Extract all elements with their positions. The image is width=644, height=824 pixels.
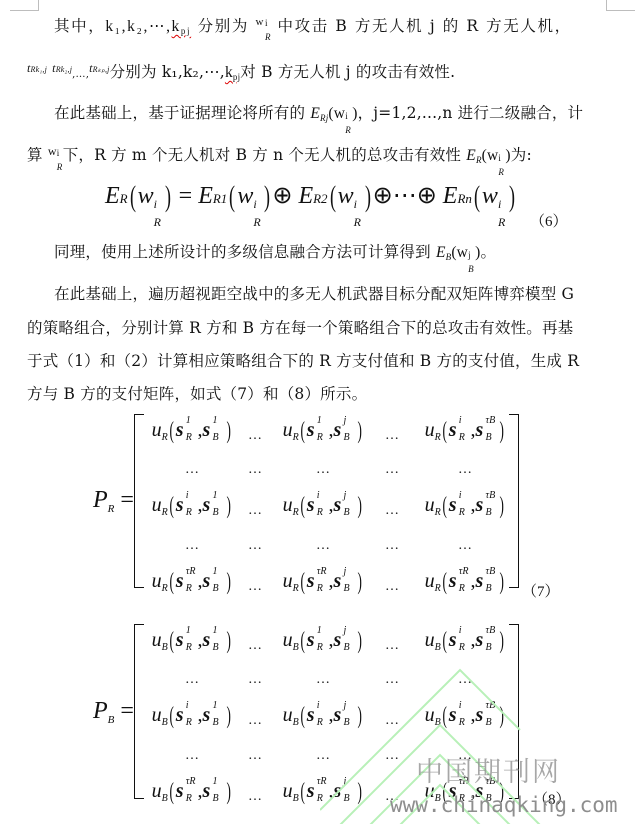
ellipsis: … bbox=[248, 579, 262, 595]
ellipsis: … bbox=[385, 538, 399, 554]
ellipsis: … bbox=[385, 503, 399, 519]
w-arg: (wiR) bbox=[328, 105, 357, 122]
matrix-cell: uB(siR,s1B) bbox=[152, 703, 233, 730]
matrix-7-lhs: PR = bbox=[93, 487, 134, 515]
text: 。 bbox=[480, 243, 496, 261]
w-arg: (wiR) bbox=[482, 147, 511, 164]
E-R-symbol: ER bbox=[466, 147, 481, 164]
left-bracket bbox=[134, 624, 144, 799]
equation-number-7: （7） bbox=[522, 580, 560, 601]
watermark-text: 中国期刊网 bbox=[416, 750, 561, 789]
equation-6: ER(wiR) = ER1(wiR)⊕ ER2(wiR)⊕⋯⊕ ERn(wiR) bbox=[105, 180, 517, 214]
ellipsis: … bbox=[248, 713, 262, 729]
matrix-cell: uB(sτRR,s1B) bbox=[152, 779, 233, 806]
ellipsis: … bbox=[248, 428, 262, 444]
ellipsis: … bbox=[385, 428, 399, 444]
left-bracket bbox=[134, 414, 144, 588]
matrix-cell: uR(siR,s1B) bbox=[152, 493, 233, 520]
paragraph-2-line-1: 在此基础上，基于证据理论将所有的 ERj(wiR)，j=1,2,...,n 进行… bbox=[54, 101, 583, 123]
paragraph-4-line-1: 在此基础上，遍历超视距空战中的多无人机武器目标分配双矩阵博弈模型 G bbox=[54, 282, 574, 304]
page-corner-mark-right bbox=[606, 0, 635, 11]
matrix-cell: uR(s1R,sjB) bbox=[283, 418, 364, 445]
page-corner-mark-left bbox=[10, 0, 39, 11]
equation-number-6: （6） bbox=[530, 210, 568, 231]
text: 同理，使用上述所设计的多级信息融合方法可计算得到 bbox=[54, 243, 436, 261]
matrix-cell: uR(sτRR,sjB) bbox=[283, 569, 364, 596]
watermark-url: www.chinaqking.com bbox=[390, 793, 618, 817]
text: 算 bbox=[27, 146, 48, 164]
ellipsis: … bbox=[248, 503, 262, 519]
paragraph-4-line-3: 于式（1）和（2）计算相应策略组合下的 R 方支付值和 B 方的支付值，生成 R bbox=[27, 349, 579, 371]
text: 为: bbox=[511, 146, 532, 164]
w-symbol: wiR bbox=[48, 144, 63, 158]
ellipsis: … bbox=[185, 462, 199, 478]
matrix-cell: uR(sτRR,sτBB) bbox=[425, 569, 506, 596]
t-symbol-1: tRk₁,j bbox=[27, 61, 47, 75]
matrix-cell: uB(s1R,sjB) bbox=[283, 628, 364, 655]
w-symbol: wiR bbox=[255, 16, 271, 28]
t-symbol-3: tRₖₚ,j bbox=[89, 61, 110, 75]
text: 分别为 k₁,k₂,⋯, bbox=[110, 63, 225, 81]
ellipsis: … bbox=[248, 538, 262, 554]
ellipsis: … bbox=[185, 538, 199, 554]
paragraph-3: 同理，使用上述所设计的多级信息融合方法可计算得到 EB(wjB)。 bbox=[54, 240, 496, 262]
ellipsis: … bbox=[185, 672, 199, 688]
ellipsis: … bbox=[248, 462, 262, 478]
E-Rj-symbol: ERj bbox=[310, 105, 328, 122]
right-bracket bbox=[509, 414, 519, 588]
w-arg: (wjB) bbox=[451, 244, 480, 261]
text: 下，R 方 m 个无人机对 B 方 n 个无人机的总攻击有效性 bbox=[63, 146, 467, 164]
matrix-cell: uR(sτRR,s1B) bbox=[152, 569, 233, 596]
matrix-cell: uR(siR,sjB) bbox=[283, 493, 364, 520]
paragraph-2-line-2: 算 wiR下，R 方 m 个无人机对 B 方 n 个无人机的总攻击有效性 ER(… bbox=[27, 143, 532, 165]
ellipsis: … bbox=[458, 462, 472, 478]
ellipsis: … bbox=[248, 638, 262, 654]
ellipsis: … bbox=[316, 462, 330, 478]
text: 在此基础上，基于证据理论将所有的 bbox=[54, 104, 310, 122]
paragraph-4-line-4: 方与 B 方的支付矩阵，如式（7）和（8）所示。 bbox=[27, 382, 367, 404]
text: 中攻击 B 方无人机 j 的 R 方无人机， bbox=[271, 17, 572, 35]
ellipsis: … bbox=[316, 538, 330, 554]
paragraph-1-line-1: 其中，k₁,k₂,⋯,kpj 分别为 wiR 中攻击 B 方无人机 j 的 R … bbox=[54, 14, 572, 36]
k-pj-spellcheck: kpj bbox=[172, 18, 192, 35]
ellipsis: … bbox=[385, 579, 399, 595]
matrix-cell: uR(siR,sτBB) bbox=[425, 493, 506, 520]
ellipsis: … bbox=[385, 638, 399, 654]
E-B-symbol: EB bbox=[436, 244, 451, 261]
ellipsis: … bbox=[185, 748, 199, 764]
ellipsis: … bbox=[385, 462, 399, 478]
text: 对 B 方无人机 j 的攻击有效性. bbox=[240, 63, 455, 81]
matrix-cell: uB(siR,sτBB) bbox=[425, 628, 506, 655]
k-pj-spellcheck: kpj bbox=[225, 64, 240, 81]
t-symbol-2: tRk₂,j bbox=[52, 61, 72, 75]
matrix-cell: uB(s1R,s1B) bbox=[152, 628, 233, 655]
matrix-cell: uR(s1R,s1B) bbox=[152, 418, 233, 445]
k-list: k₁,k₂,⋯, bbox=[105, 18, 171, 35]
separator: ,…, bbox=[72, 69, 89, 80]
matrix-8-lhs: PB = bbox=[93, 698, 134, 726]
text: 其中， bbox=[54, 17, 105, 35]
ellipsis: … bbox=[458, 538, 472, 554]
matrix-cell: uR(siR,sτBB) bbox=[425, 418, 506, 445]
text: ，j=1,2,...,n 进行二级融合，计 bbox=[358, 104, 584, 122]
ellipsis: … bbox=[248, 789, 262, 805]
ellipsis: … bbox=[248, 748, 262, 764]
paragraph-4-line-2: 的策略组合，分别计算 R 方和 B 方在每一个策略组合下的总攻击有效性。再基 bbox=[27, 316, 573, 338]
paragraph-1-line-2: tRk₁,j tRk₂,j,…,tRₖₚ,j分别为 k₁,k₂,⋯,kpj对 B… bbox=[27, 60, 455, 82]
ellipsis: … bbox=[248, 672, 262, 688]
text: 分别为 bbox=[191, 17, 255, 35]
